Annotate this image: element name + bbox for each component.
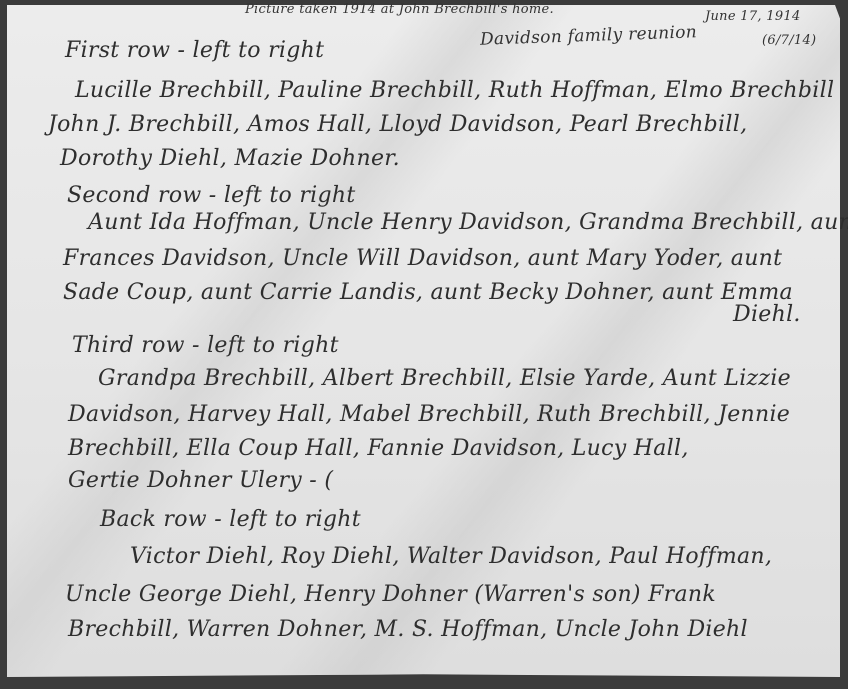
row-heading-third: Third row - left to right [72, 333, 339, 358]
name-line: Gertie Dohner Ulery - ( [68, 468, 333, 493]
photo-caption-note: Picture taken 1914 at John Brechbill's h… [245, 2, 554, 17]
name-line: Dorothy Diehl, Mazie Dohner. [60, 146, 400, 171]
row-heading-back: Back row - left to right [100, 507, 361, 532]
date-short-label: (6/7/14) [762, 33, 816, 48]
name-line: Uncle George Diehl, Henry Dohner (Warren… [65, 582, 716, 607]
row-heading-second: Second row - left to right [67, 183, 355, 208]
name-line: Lucille Brechbill, Pauline Brechbill, Ru… [75, 78, 834, 103]
name-line: Brechbill, Ella Coup Hall, Fannie Davids… [68, 436, 689, 461]
name-line: Davidson, Harvey Hall, Mabel Brechbill, … [68, 402, 790, 427]
name-line: Diehl. [733, 302, 801, 327]
name-line: Grandpa Brechbill, Albert Brechbill, Els… [98, 366, 791, 391]
row-heading-first: First row - left to right [65, 38, 324, 63]
name-line: Victor Diehl, Roy Diehl, Walter Davidson… [130, 544, 772, 569]
name-line: John J. Brechbill, Amos Hall, Lloyd Davi… [48, 112, 747, 137]
name-line: Sade Coup, aunt Carrie Landis, aunt Beck… [63, 280, 793, 305]
date-label: June 17, 1914 [705, 9, 801, 24]
scanned-document: Picture taken 1914 at John Brechbill's h… [0, 0, 848, 689]
name-line: Brechbill, Warren Dohner, M. S. Hoffman,… [68, 617, 748, 642]
name-line: Frances Davidson, Uncle Will Davidson, a… [63, 246, 782, 271]
name-line: Aunt Ida Hoffman, Uncle Henry Davidson, … [88, 210, 848, 235]
